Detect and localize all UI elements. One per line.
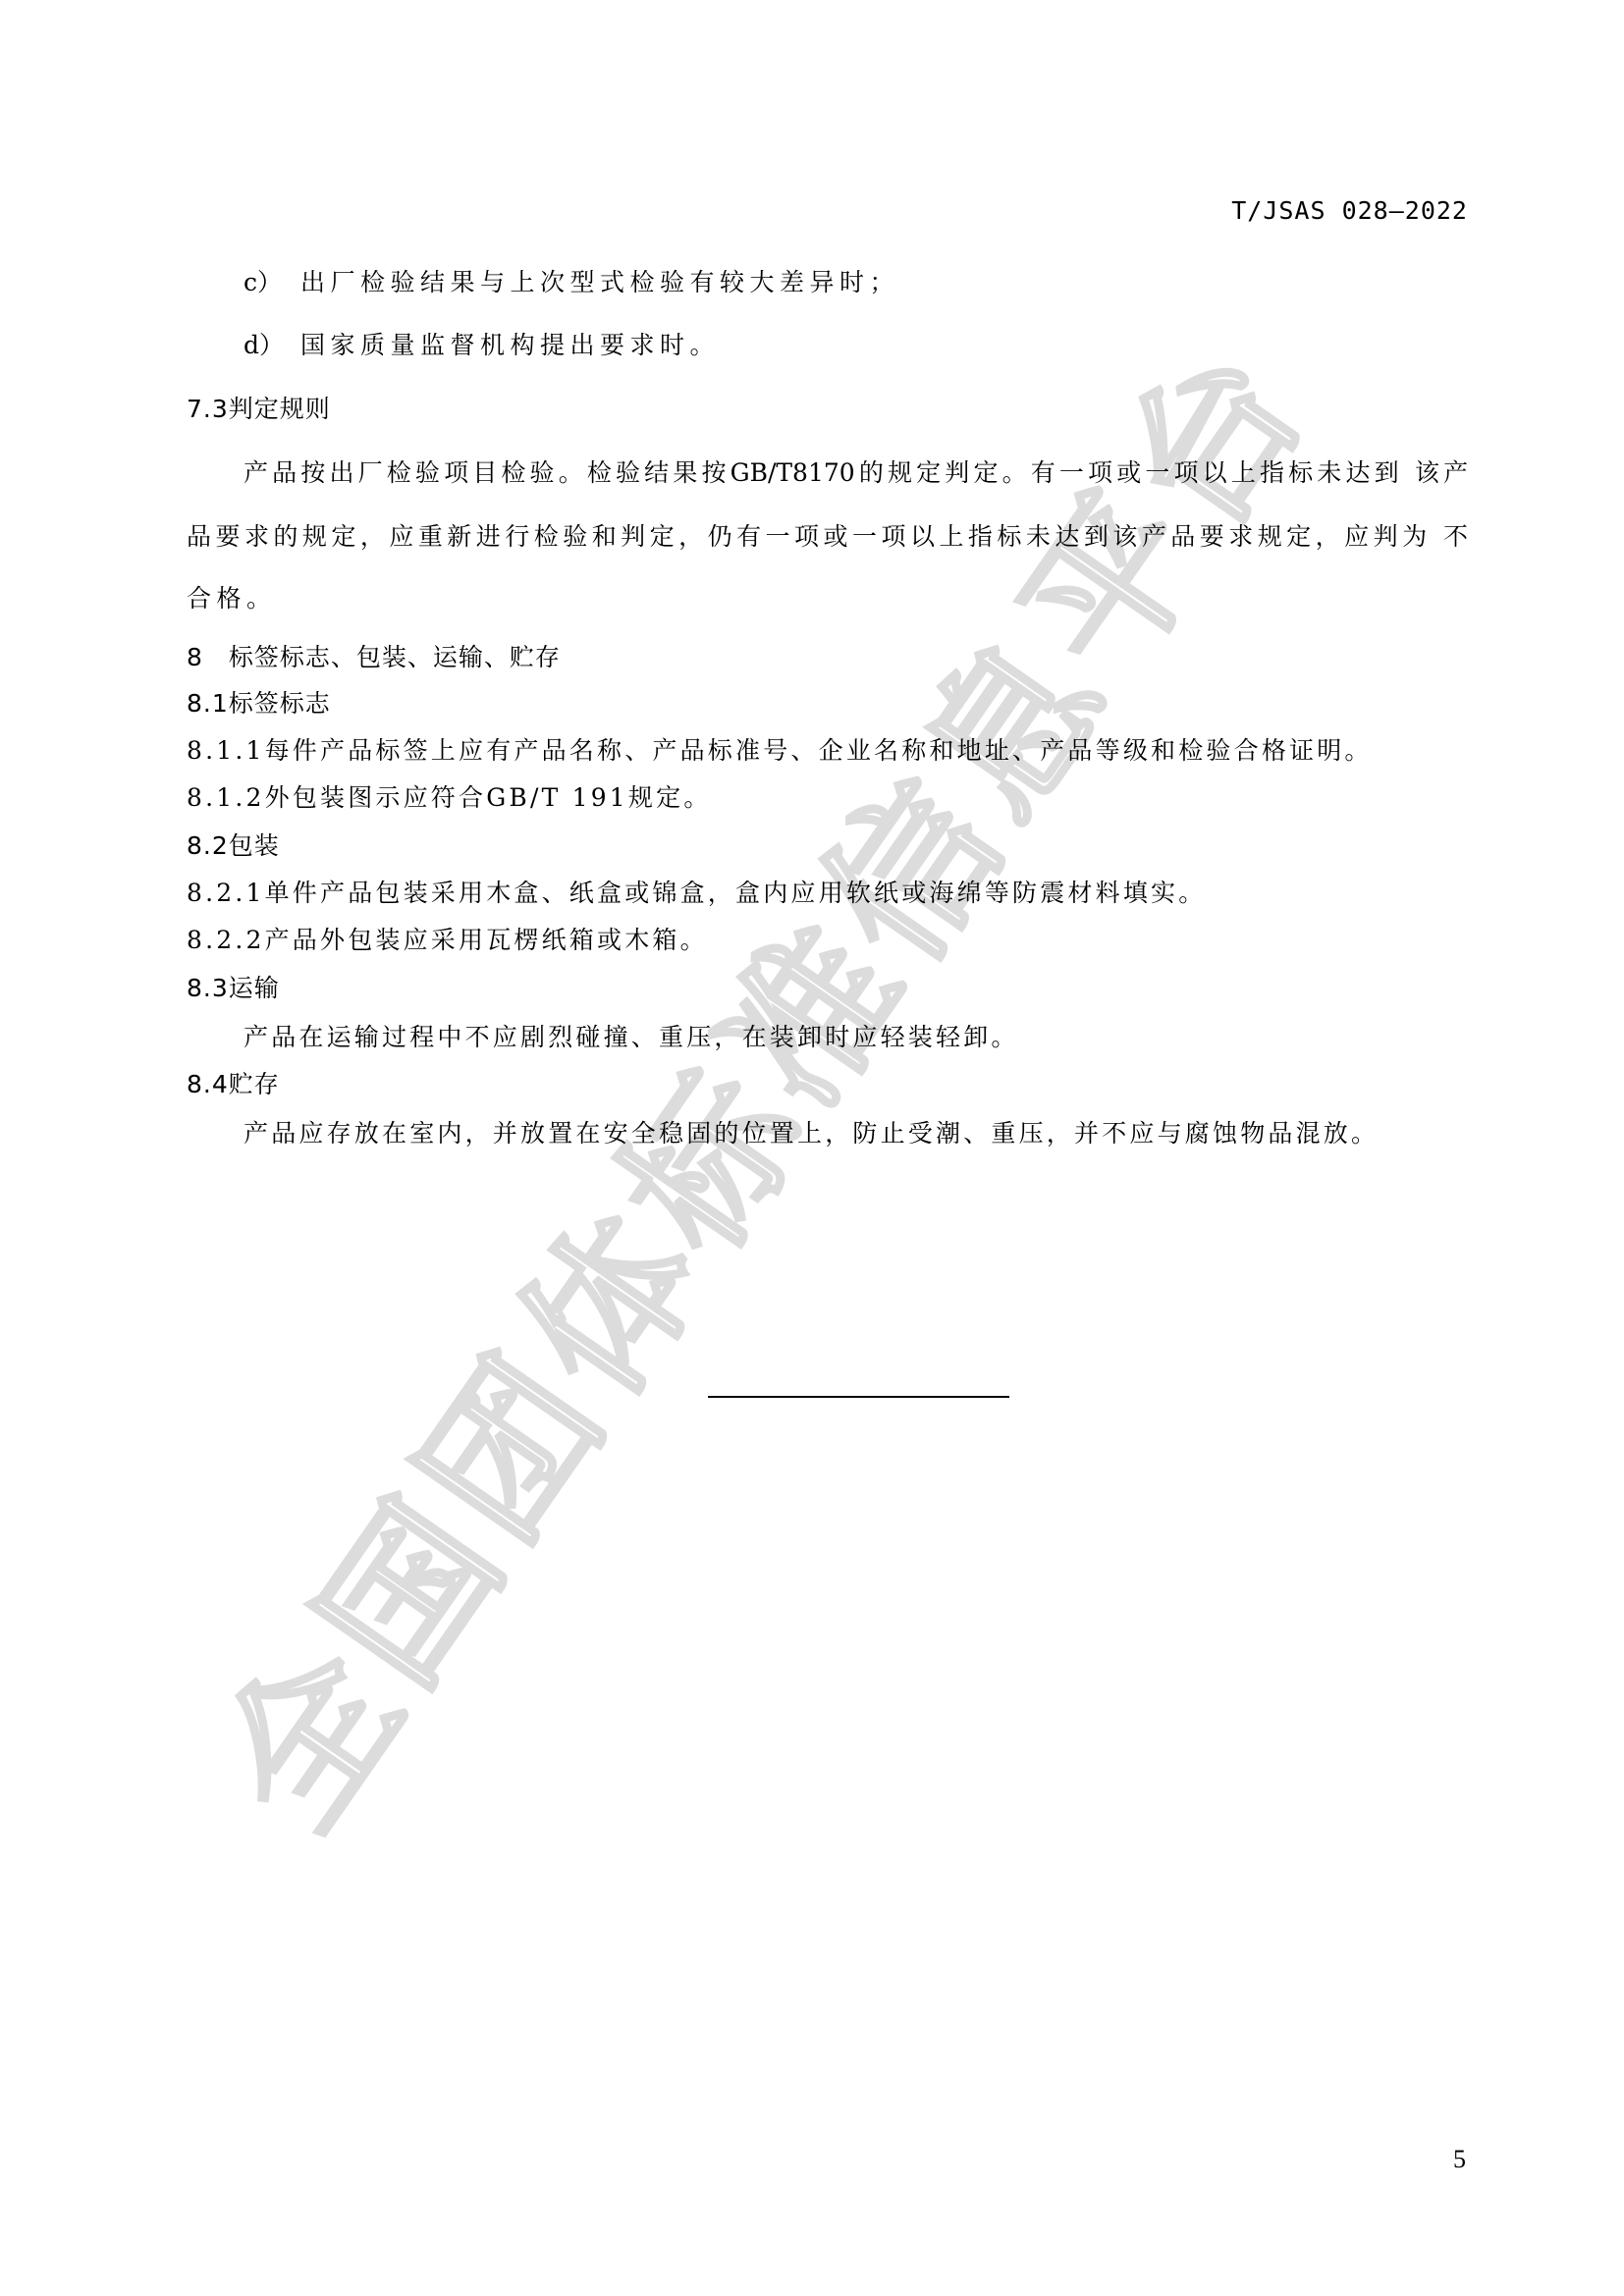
clause-8-1-1: 8.1.1每件产品标签上应有产品名称、产品标准号、企业名称和地址、产品等级和检验…	[187, 733, 1468, 769]
clause-8-2-1: 8.2.1单件产品包装采用木盒、纸盒或锦盒，盒内应用软纸或海绵等防震材料填实。	[187, 876, 1468, 911]
paragraph-line: 合格。	[187, 581, 1468, 616]
paragraph-8-4: 产品应存放在室内，并放置在安全稳固的位置上，防止受潮、重压，并不应与腐蚀物品混放…	[244, 1116, 1468, 1151]
section-heading-8-4: 8.4贮存	[187, 1067, 1468, 1102]
list-item-text: 国家质量监督机构提出要求时。	[300, 331, 720, 359]
list-item-label: d）	[244, 328, 300, 363]
section-heading-7-3: 7.3判定规则	[187, 392, 1468, 427]
paragraph-line: 产品按出厂检验项目检验。检验结果按GB/T8170的规定判定。有一项或一项以上指…	[244, 455, 1468, 491]
paragraph-line: 品要求的规定，应重新进行检验和判定，仍有一项或一项以上指标未达到该产品要求规定，…	[187, 519, 1468, 555]
list-item-d: d）国家质量监督机构提出要求时。	[244, 328, 1468, 363]
section-heading-8-2: 8.2包装	[187, 828, 1468, 864]
clause-8-1-2: 8.1.2外包装图示应符合GB/T 191规定。	[187, 780, 1468, 816]
document-page: 全国团体标准信息平台 T/JSAS 028—2022 c）出厂检验结果与上次型式…	[0, 0, 1624, 2296]
section-heading-8-1: 8.1标签标志	[187, 686, 1468, 721]
list-item-label: c）	[244, 265, 300, 300]
list-item-c: c）出厂检验结果与上次型式检验有较大差异时；	[244, 265, 1468, 300]
list-item-text: 出厂检验结果与上次型式检验有较大差异时；	[300, 268, 899, 296]
paragraph-8-3: 产品在运输过程中不应剧烈碰撞、重压，在装卸时应轻装轻卸。	[244, 1020, 1468, 1055]
standard-code-header: T/JSAS 028—2022	[1231, 196, 1468, 225]
page-number: 5	[1453, 2145, 1466, 2174]
end-of-document-rule	[708, 1396, 1009, 1398]
section-heading-8-3: 8.3运输	[187, 971, 1468, 1006]
clause-8-2-2: 8.2.2产品外包装应采用瓦楞纸箱或木箱。	[187, 923, 1468, 958]
section-heading-8: 8 标签标志、包装、运输、贮存	[187, 640, 1468, 675]
